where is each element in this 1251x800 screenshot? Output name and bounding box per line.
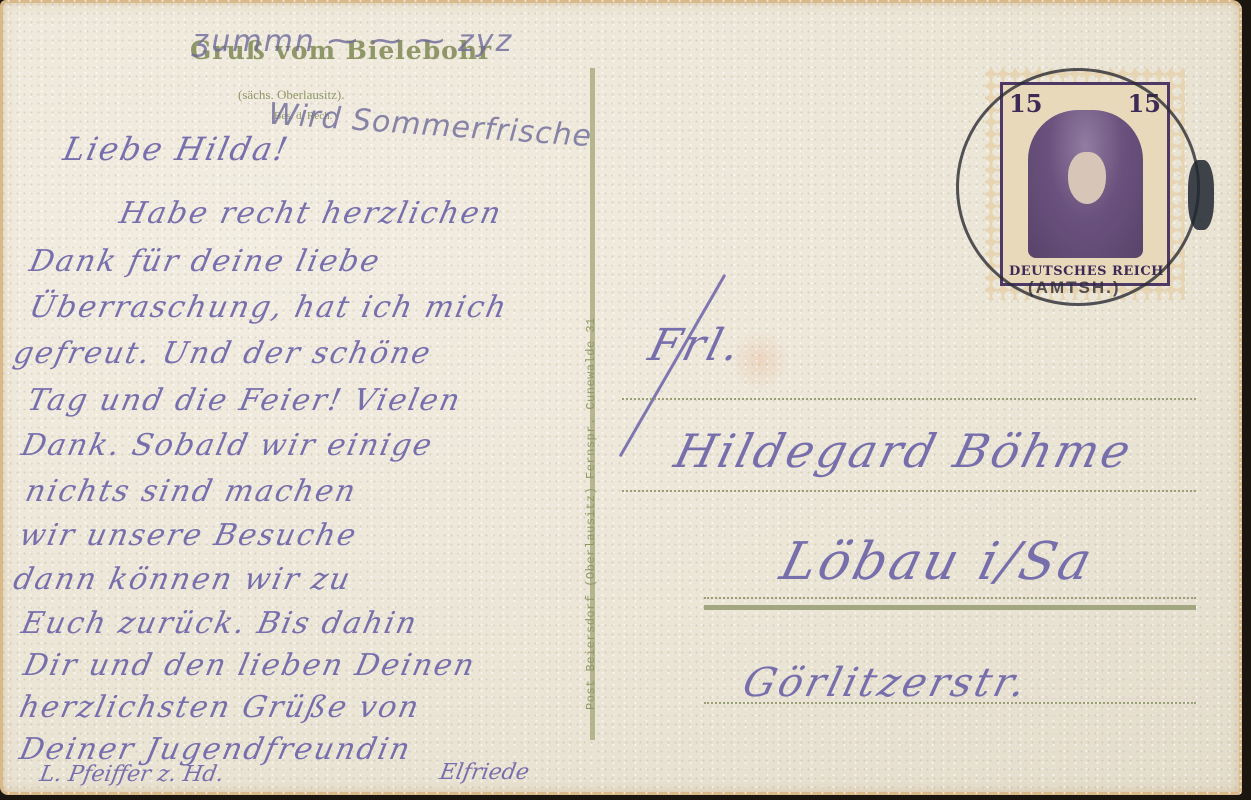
message-line: Dir und den lieben Deinen: [20, 648, 479, 683]
vertical-imprint: Post Beiersdorf (Oberlausitz) Fernspr. C…: [584, 317, 598, 710]
postmark-circle: [956, 68, 1200, 306]
message-line: dann können wir zu: [10, 562, 354, 597]
message-line: nichts sind machen: [22, 474, 360, 509]
address-city-underline: [704, 605, 1196, 610]
message-salutation: Liebe Hilda!: [60, 130, 293, 168]
postcard-back: Gruß vom Bielebohr (sächs. Oberlausitz).…: [0, 0, 1242, 795]
address-prefix: Frl.: [644, 320, 748, 371]
message-line: Überraschung, hat ich mich: [26, 290, 511, 325]
address-city: Löbau i/Sa: [775, 532, 1101, 592]
address-line-1: [622, 398, 1196, 400]
message-line: gefreut. Und der schöne: [10, 336, 435, 371]
message-line: Dank für deine liebe: [26, 244, 384, 279]
address-line-3: [704, 597, 1196, 599]
address-name: Hildegard Böhme: [669, 424, 1139, 478]
message-signature-second: Elfriede: [438, 760, 531, 785]
address-line-4: [704, 702, 1196, 704]
message-line: Euch zurück. Bis dahin: [18, 606, 421, 641]
message-line: wir unsere Besuche: [16, 518, 360, 553]
message-line: Habe recht herzlichen: [116, 196, 505, 231]
message-line: Dank. Sobald wir einige: [18, 428, 436, 463]
postmark-ink-blot: [1188, 160, 1214, 230]
postmark-text: (AMTSH.): [1028, 278, 1120, 298]
message-line: herzlichsten Grüße von: [16, 690, 423, 725]
address-line-2: [622, 490, 1196, 492]
pencil-scribble-top: ʒummn ⁓ ⁓ ⁓ zyz: [192, 24, 513, 59]
message-signature: L. Pfeiffer z. Hd.: [38, 762, 226, 787]
address-street: Görlitzerstr.: [738, 660, 1033, 706]
message-line: Tag und die Feier! Vielen: [24, 383, 465, 418]
